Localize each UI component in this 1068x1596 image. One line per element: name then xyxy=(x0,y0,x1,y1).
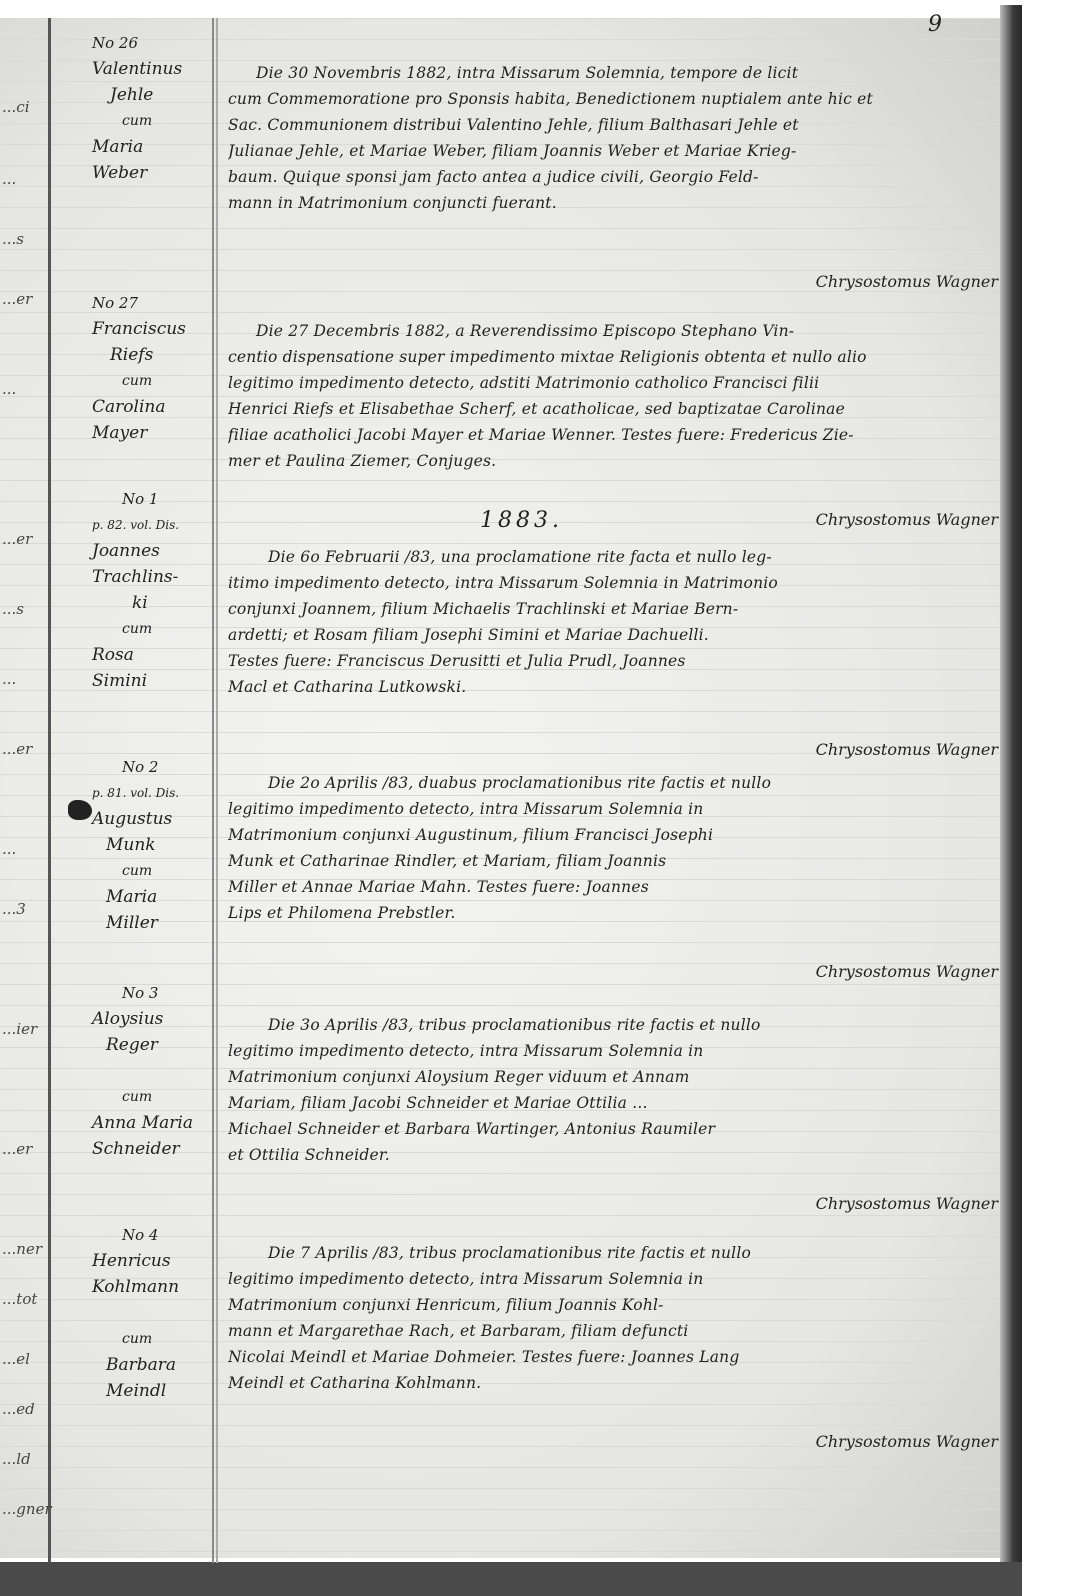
groom-surname: Reger xyxy=(92,1032,216,1058)
entry-number: No 1 xyxy=(92,486,216,512)
entry-line: Sac. Communionem distribui Valentino Jeh… xyxy=(228,112,993,138)
entry-number: No 3 xyxy=(92,980,216,1006)
gutter-fragment: ...ier xyxy=(2,1020,37,1038)
page-number: 9 xyxy=(928,12,942,37)
entry-27-margin: No 27 Franciscus Riefs cum Carolina Maye… xyxy=(92,290,216,446)
entry-line: legitimo impedimento detecto, intra Miss… xyxy=(228,1038,993,1064)
entry-line: Lips et Philomena Prebstler. xyxy=(228,900,993,926)
entry-4-margin: No 4 Henricus Kohlmann cum Barbara Meind… xyxy=(92,1222,216,1404)
cum-label: cum xyxy=(92,858,216,884)
bride-surname: Mayer xyxy=(92,420,216,446)
gutter-fragment: ...s xyxy=(2,230,24,248)
cum-label: cum xyxy=(92,368,216,394)
entry-3-margin: No 3 Aloysius Reger cum Anna Maria Schne… xyxy=(92,980,216,1162)
priest-signature: Chrysostomus Wagner xyxy=(816,1432,998,1451)
entry-number: No 2 xyxy=(92,754,216,780)
gutter-fragment: ...s xyxy=(2,600,24,618)
priest-signature: Chrysostomus Wagner xyxy=(816,272,998,291)
entry-line: Munk et Catharinae Rindler, et Mariam, f… xyxy=(228,848,993,874)
scan-edge-right xyxy=(1000,5,1022,1565)
entry-line: Meindl et Catharina Kohlmann. xyxy=(228,1370,993,1396)
entry-line: Matrimonium conjunxi Henricum, filium Jo… xyxy=(228,1292,993,1318)
entry-line: Testes fuere: Franciscus Derusitti et Ju… xyxy=(228,648,993,674)
priest-signature: Chrysostomus Wagner xyxy=(816,962,998,981)
entry-2-margin: No 2 p. 81. vol. Dis. Augustus Munk cum … xyxy=(92,754,216,936)
gutter-fragment: ...er xyxy=(2,1140,32,1158)
entry-26-text: Die 30 Novembris 1882, intra Missarum So… xyxy=(228,60,993,216)
entry-line: et Ottilia Schneider. xyxy=(228,1142,993,1168)
entry-3-text: Die 3o Aprilis /83, tribus proclamationi… xyxy=(228,1012,993,1168)
gutter-fragment: ...3 xyxy=(2,900,26,918)
margin-rule-left xyxy=(48,18,51,1563)
entry-line: Julianae Jehle, et Mariae Weber, filiam … xyxy=(228,138,993,164)
entry-2-text: Die 2o Aprilis /83, duabus proclamationi… xyxy=(228,770,993,926)
priest-signature: Chrysostomus Wagner xyxy=(816,1194,998,1213)
groom-surname: Munk xyxy=(92,832,216,858)
groom-first-name: Augustus xyxy=(92,806,216,832)
cum-label: cum xyxy=(92,616,216,642)
entry-line: mann in Matrimonium conjuncti fuerant. xyxy=(228,190,993,216)
cum-label: cum xyxy=(92,108,216,134)
entry-line: legitimo impedimento detecto, adstiti Ma… xyxy=(228,370,993,396)
gutter-fragment: ...er xyxy=(2,740,32,758)
ink-blot xyxy=(68,800,92,820)
groom-first-name: Valentinus xyxy=(92,56,216,82)
groom-first-name: Joannes xyxy=(92,538,216,564)
entry-line: Die 3o Aprilis /83, tribus proclamationi… xyxy=(228,1012,993,1038)
entry-line: Die 27 Decembris 1882, a Reverendissimo … xyxy=(228,318,993,344)
entry-number: No 4 xyxy=(92,1222,216,1248)
gutter-fragment: ... xyxy=(2,380,16,398)
entry-27-text: Die 27 Decembris 1882, a Reverendissimo … xyxy=(228,318,993,474)
gutter-fragment: ... xyxy=(2,170,16,188)
entry-line: Die 2o Aprilis /83, duabus proclamationi… xyxy=(228,770,993,796)
entry-line: Macl et Catharina Lutkowski. xyxy=(228,674,993,700)
entry-line: Matrimonium conjunxi Augustinum, filium … xyxy=(228,822,993,848)
gutter-fragment: ...ci xyxy=(2,98,30,116)
bride-surname: Weber xyxy=(92,160,216,186)
year-heading: 1883. xyxy=(480,508,563,533)
priest-signature: Chrysostomus Wagner xyxy=(816,510,998,529)
groom-surname: Jehle xyxy=(92,82,216,108)
groom-surname: Kohlmann xyxy=(92,1274,216,1300)
register-reference: p. 82. vol. Dis. xyxy=(92,512,216,538)
gutter-fragment: ... xyxy=(2,670,16,688)
cum-label: cum xyxy=(92,1058,216,1110)
entry-1-margin: No 1 p. 82. vol. Dis. Joannes Trachlins-… xyxy=(92,486,216,694)
entry-line: centio dispensatione super impedimento m… xyxy=(228,344,993,370)
bride-surname: Schneider xyxy=(92,1136,216,1162)
gutter-fragment: ... xyxy=(2,840,16,858)
gutter-fragment: ...er xyxy=(2,530,32,548)
entry-line: Mariam, filiam Jacobi Schneider et Maria… xyxy=(228,1090,993,1116)
entry-line: Die 30 Novembris 1882, intra Missarum So… xyxy=(228,60,993,86)
entry-1-text: Die 6o Februarii /83, una proclamatione … xyxy=(228,544,993,700)
priest-signature: Chrysostomus Wagner xyxy=(816,740,998,759)
entry-line: filiae acatholici Jacobi Mayer et Mariae… xyxy=(228,422,993,448)
entry-line: legitimo impedimento detecto, intra Miss… xyxy=(228,796,993,822)
groom-surname: Trachlins- xyxy=(92,564,216,590)
gutter-fragment: ...ner xyxy=(2,1240,42,1258)
bride-surname: Simini xyxy=(92,668,216,694)
entry-line: itimo impedimento detecto, intra Missaru… xyxy=(228,570,993,596)
groom-first-name: Aloysius xyxy=(92,1006,216,1032)
entry-line: Nicolai Meindl et Mariae Dohmeier. Teste… xyxy=(228,1344,993,1370)
entry-line: legitimo impedimento detecto, intra Miss… xyxy=(228,1266,993,1292)
entry-26-margin: No 26 Valentinus Jehle cum Maria Weber xyxy=(92,30,216,186)
entry-number: No 26 xyxy=(92,30,216,56)
entry-line: baum. Quique sponsi jam facto antea a ju… xyxy=(228,164,993,190)
groom-surname: Riefs xyxy=(92,342,216,368)
groom-surname-cont: ki xyxy=(92,590,216,616)
entry-line: Die 6o Februarii /83, una proclamatione … xyxy=(228,544,993,570)
gutter-fragment: ...el xyxy=(2,1350,30,1368)
entry-line: ardetti; et Rosam filiam Josephi Simini … xyxy=(228,622,993,648)
entry-line: mann et Margarethae Rach, et Barbaram, f… xyxy=(228,1318,993,1344)
entry-line: Henrici Riefs et Elisabethae Scherf, et … xyxy=(228,396,993,422)
gutter-fragment: ...tot xyxy=(2,1290,37,1308)
gutter-fragment: ...er xyxy=(2,290,32,308)
entry-4-text: Die 7 Aprilis /83, tribus proclamationib… xyxy=(228,1240,993,1396)
gutter-fragment: ...ld xyxy=(2,1450,31,1468)
bride-first-name: Barbara xyxy=(92,1352,216,1378)
register-reference: p. 81. vol. Dis. xyxy=(92,780,216,806)
bride-first-name: Carolina xyxy=(92,394,216,420)
gutter-fragment: ...gner xyxy=(2,1500,52,1518)
groom-first-name: Franciscus xyxy=(92,316,216,342)
entry-number: No 27 xyxy=(92,290,216,316)
bride-surname: Miller xyxy=(92,910,216,936)
entry-line: Matrimonium conjunxi Aloysium Reger vidu… xyxy=(228,1064,993,1090)
scan-edge-bottom xyxy=(0,1562,1022,1596)
entry-line: mer et Paulina Ziemer, Conjuges. xyxy=(228,448,993,474)
entry-line: conjunxi Joannem, filium Michaelis Trach… xyxy=(228,596,993,622)
entry-line: cum Commemoratione pro Sponsis habita, B… xyxy=(228,86,993,112)
bride-first-name: Maria xyxy=(92,884,216,910)
bride-surname: Meindl xyxy=(92,1378,216,1404)
groom-first-name: Henricus xyxy=(92,1248,216,1274)
bride-first-name: Rosa xyxy=(92,642,216,668)
entry-line: Michael Schneider et Barbara Wartinger, … xyxy=(228,1116,993,1142)
gutter-fragment: ...ed xyxy=(2,1400,35,1418)
entry-line: Miller et Annae Mariae Mahn. Testes fuer… xyxy=(228,874,993,900)
bride-first-name: Maria xyxy=(92,134,216,160)
bride-first-name: Anna Maria xyxy=(92,1110,216,1136)
cum-label: cum xyxy=(92,1300,216,1352)
entry-line: Die 7 Aprilis /83, tribus proclamationib… xyxy=(228,1240,993,1266)
